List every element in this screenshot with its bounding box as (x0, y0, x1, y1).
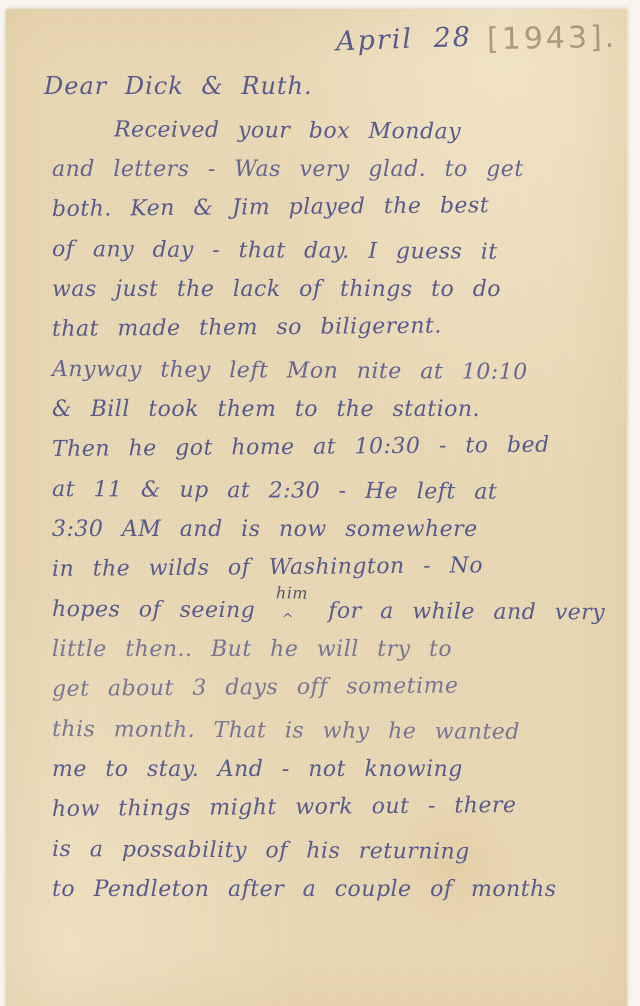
letter-line: Received your box Monday (52, 110, 627, 154)
scan-background: April 28 [1943]. Dear Dick & Ruth. Recei… (0, 0, 640, 1006)
letter-line-with-insertion: hopes of seeing him ^ for a while and ve… (52, 590, 627, 634)
date-line: April 28 [1943]. (6, 21, 627, 56)
letter-page: April 28 [1943]. Dear Dick & Ruth. Recei… (6, 9, 627, 1006)
letter-line: 3:30 AM and is now somewhere (52, 510, 627, 550)
insertion-before-text: hopes of seeing (52, 597, 255, 623)
letter-line: was just the lack of things to do (52, 270, 627, 310)
letter-line: Then he got home at 10:30 - to bed (52, 425, 627, 470)
letter-line: me to stay. And - not knowing (52, 750, 627, 790)
insertion-after-text: for a while and very (328, 599, 605, 626)
letter-line: how things might work out - there (52, 785, 627, 830)
letter-body: Received your box Monday and letters - W… (52, 110, 627, 910)
date-handwritten: April 28 (335, 22, 472, 58)
letter-line: & Bill took them to the station. (52, 390, 627, 430)
letter-line: that made them so biligerent. (52, 305, 627, 350)
letter-line: at 11 & up at 2:30 - He left at (52, 470, 627, 514)
letter-line: this month. That is why he wanted (52, 710, 627, 754)
letter-line: in the wilds of Washington - No (52, 545, 627, 590)
letter-line: both. Ken & Jim played the best (52, 185, 627, 230)
letter-line: is a possability of his returning (52, 830, 627, 874)
date-year-pencil-annotation: [1943]. (486, 20, 617, 57)
letter-line: and letters - Was very glad. to get (52, 150, 627, 190)
salutation: Dear Dick & Ruth. (44, 72, 627, 100)
letter-line: Anyway they left Mon nite at 10:10 (52, 350, 627, 394)
letter-line: little then.. But he will try to (52, 630, 627, 670)
letter-line: get about 3 days off sometime (52, 665, 627, 710)
inserted-word-above-line: him ^ (274, 607, 310, 617)
letter-line: to Pendleton after a couple of months (52, 870, 627, 910)
letter-line: of any day - that day. I guess it (52, 230, 627, 274)
